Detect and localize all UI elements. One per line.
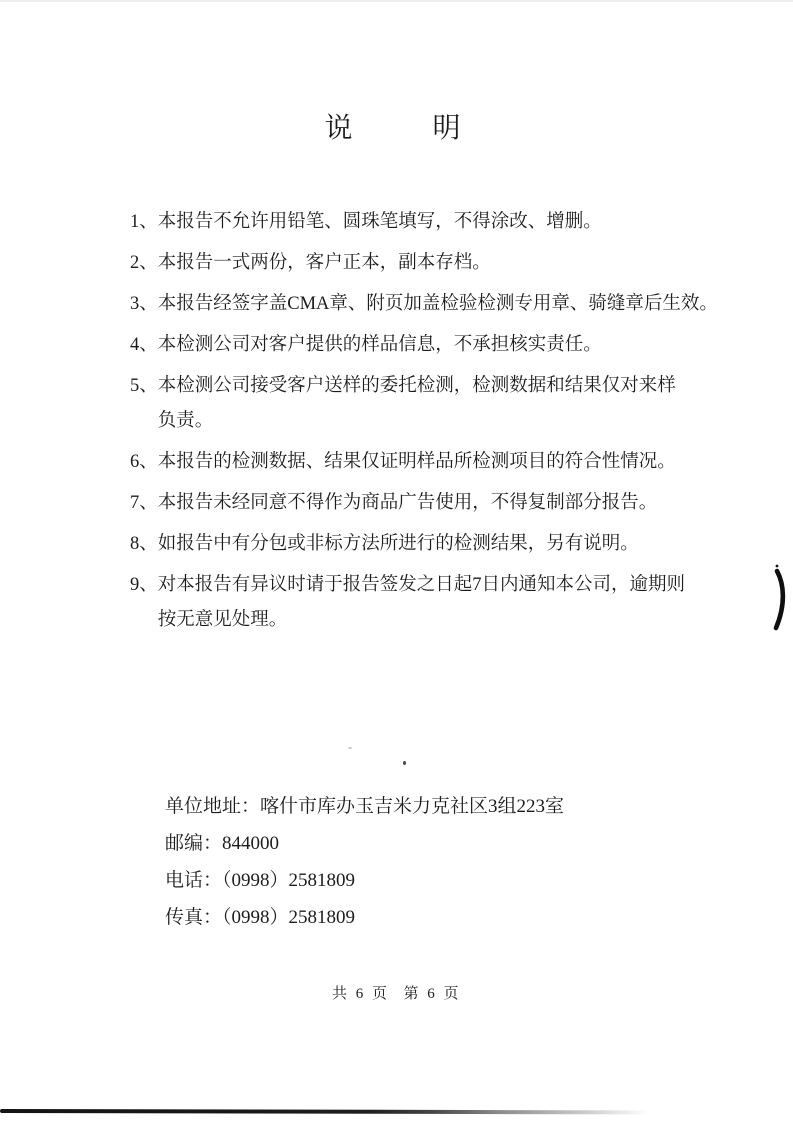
- note-number: 9、: [130, 568, 158, 638]
- contact-postcode: 邮编：844000: [165, 833, 564, 855]
- note-text-continuation: 负责。: [158, 404, 770, 439]
- note-item-6: 6、 本报告的检测数据、结果仅证明样品所检测项目的符合性情况。: [130, 445, 770, 480]
- contact-block: 单位地址：喀什市库办玉吉米力克社区3组223室 邮编：844000 电话：（09…: [165, 796, 564, 944]
- page-title: 说 明: [0, 106, 793, 146]
- contact-fax-label: 传真：: [165, 907, 222, 928]
- note-item-2: 2、 本报告一式两份，客户正本，副本存档。: [130, 246, 770, 281]
- page-footer: 共 6 页第 6 页: [0, 982, 793, 1003]
- note-text: 本检测公司接受客户送样的委托检测，检测数据和结果仅对来样: [158, 369, 770, 404]
- note-item-1: 1、 本报告不允许用铅笔、圆珠笔填写，不得涂改、增删。: [130, 205, 770, 240]
- contact-phone: 电话：（0998）2581809: [165, 870, 564, 892]
- contact-address-label: 单位地址：: [165, 796, 260, 817]
- note-number: 2、: [130, 246, 158, 281]
- note-item-3: 3、 本报告经签字盖CMA章、附页加盖检验检测专用章、骑缝章后生效。: [130, 287, 770, 322]
- note-text: 本报告经签字盖CMA章、附页加盖检验检测专用章、骑缝章后生效。: [158, 287, 770, 322]
- contact-fax: 传真：（0998）2581809: [165, 907, 564, 929]
- note-text: 本报告未经同意不得作为商品广告使用，不得复制部分报告。: [158, 486, 770, 521]
- note-item-8: 8、 如报告中有分包或非标方法所进行的检测结果，另有说明。: [130, 527, 770, 562]
- note-text: 如报告中有分包或非标方法所进行的检测结果，另有说明。: [158, 527, 770, 562]
- note-number: 4、: [130, 328, 158, 363]
- note-number: 7、: [130, 486, 158, 521]
- note-number: 8、: [130, 527, 158, 562]
- note-text: 本报告不允许用铅笔、圆珠笔填写，不得涂改、增删。: [158, 205, 770, 240]
- note-text-continuation: 按无意见处理。: [158, 603, 770, 638]
- document-page: 说 明 1、 本报告不允许用铅笔、圆珠笔填写，不得涂改、增删。 2、 本报告一式…: [0, 0, 793, 1123]
- contact-postcode-value: 844000: [222, 833, 279, 854]
- scan-artifact-ink-mark: [768, 560, 792, 636]
- note-text: 对本报告有异议时请于报告签发之日起7日内通知本公司，逾期则: [158, 568, 770, 603]
- note-item-5: 5、 本检测公司接受客户送样的委托检测，检测数据和结果仅对来样 负责。: [130, 369, 770, 439]
- scan-speck-faint: [348, 747, 352, 749]
- contact-fax-value: （0998）2581809: [222, 907, 355, 928]
- footer-total-pages: 共 6 页: [332, 986, 390, 1002]
- note-text: 本报告一式两份，客户正本，副本存档。: [158, 246, 770, 281]
- contact-postcode-label: 邮编：: [165, 833, 222, 854]
- note-number: 1、: [130, 205, 158, 240]
- note-item-9: 9、 对本报告有异议时请于报告签发之日起7日内通知本公司，逾期则 按无意见处理。: [130, 568, 770, 638]
- scan-artifact-top-edge: [0, 0, 793, 2]
- notes-list: 1、 本报告不允许用铅笔、圆珠笔填写，不得涂改、增删。 2、 本报告一式两份，客…: [130, 205, 770, 644]
- note-text: 本检测公司对客户提供的样品信息，不承担核实责任。: [158, 328, 770, 363]
- note-item-4: 4、 本检测公司对客户提供的样品信息，不承担核实责任。: [130, 328, 770, 363]
- contact-phone-label: 电话：: [165, 870, 222, 891]
- scan-artifact-bottom-line: [0, 1109, 676, 1114]
- note-item-7: 7、 本报告未经同意不得作为商品广告使用，不得复制部分报告。: [130, 486, 770, 521]
- footer-current-page: 第 6 页: [404, 986, 462, 1002]
- contact-address-value: 喀什市库办玉吉米力克社区3组223室: [260, 796, 564, 817]
- scan-speck-dark: [403, 761, 406, 765]
- note-number: 3、: [130, 287, 158, 322]
- note-number: 6、: [130, 445, 158, 480]
- contact-phone-value: （0998）2581809: [222, 870, 355, 891]
- note-number: 5、: [130, 369, 158, 439]
- note-text: 本报告的检测数据、结果仅证明样品所检测项目的符合性情况。: [158, 445, 770, 480]
- contact-address: 单位地址：喀什市库办玉吉米力克社区3组223室: [165, 796, 564, 818]
